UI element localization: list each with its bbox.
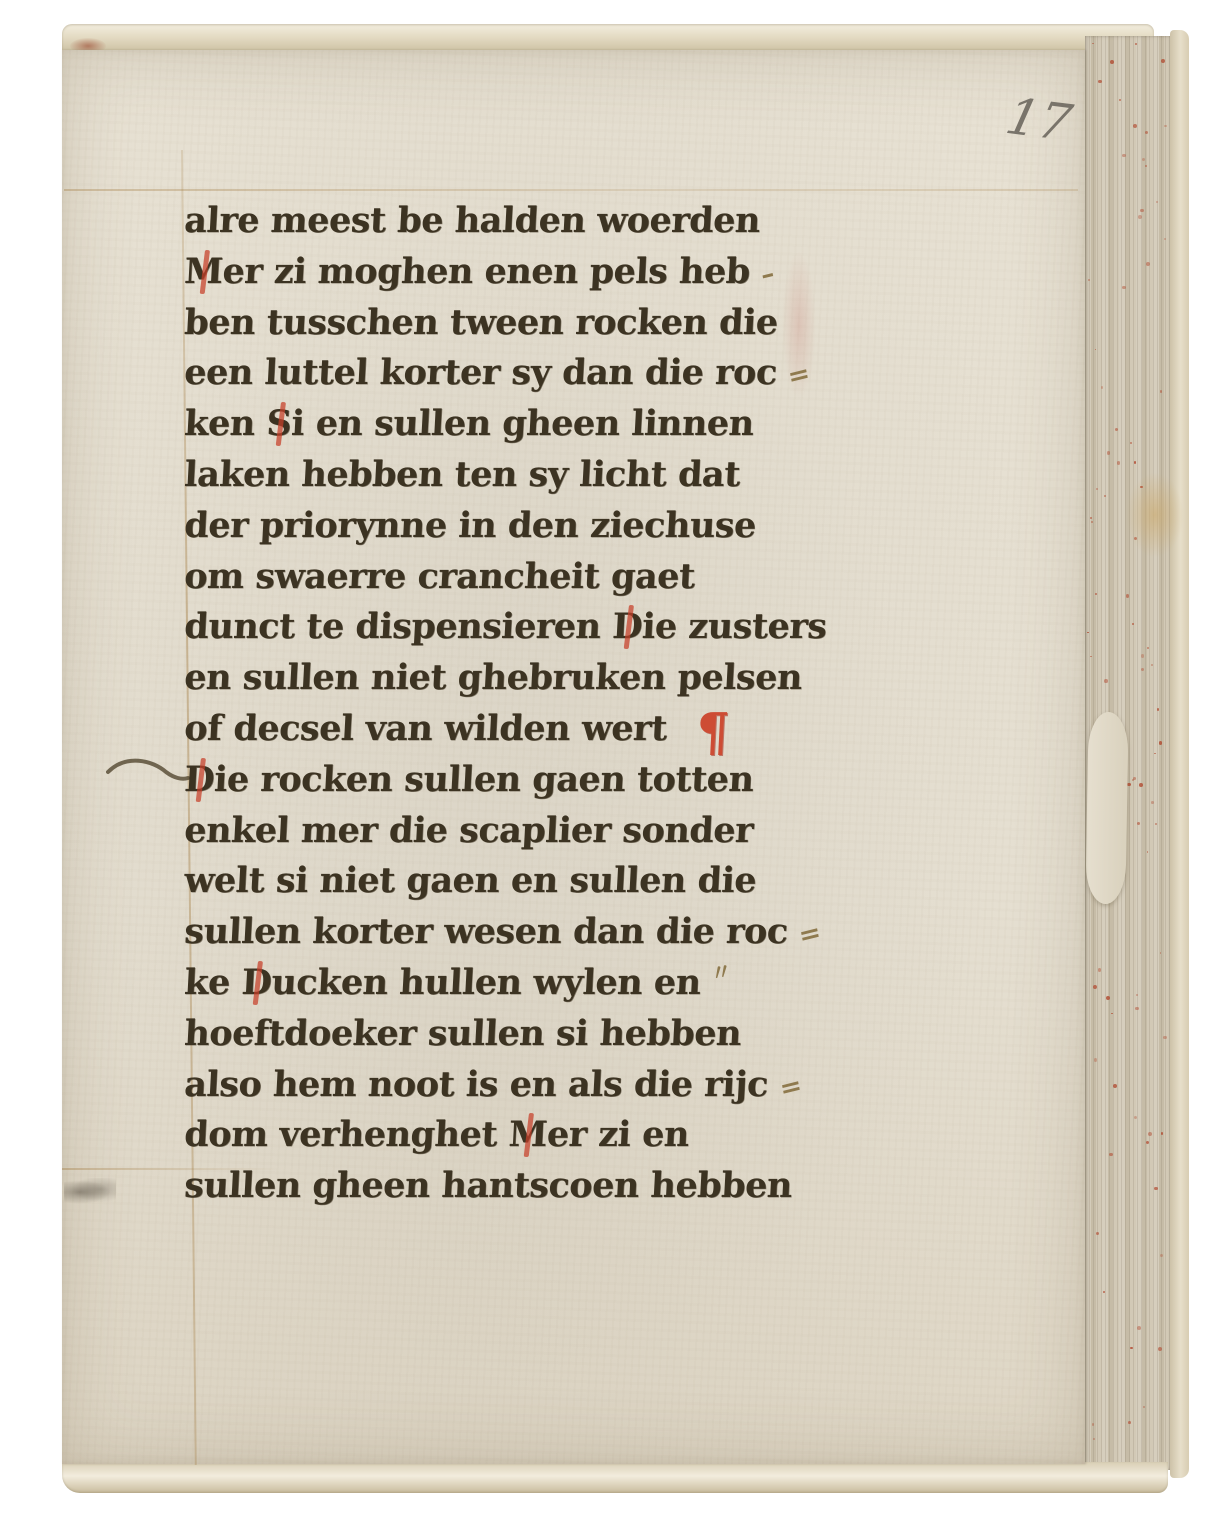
manuscript-line: en sullen niet ghebruken pelsen (183, 653, 976, 704)
book-right-cover-edge (1170, 30, 1189, 1478)
ink-text: der priorynne in den ziechuse (183, 505, 757, 546)
ink-text: of decsel van wilden wert (183, 708, 679, 749)
line-end-hyphen: = (775, 1061, 803, 1115)
margin-flourish (106, 750, 190, 790)
red-touched-initial: M (507, 1110, 548, 1161)
manuscript-line: sullen gheen hantscoen hebben (183, 1161, 976, 1212)
red-touched-initial: S (265, 399, 292, 450)
manuscript-line: een luttel korter sy dan die roc= (183, 348, 976, 399)
line-end-hyphen: = (795, 909, 823, 963)
ink-text: enkel mer die scaplier sonder (183, 810, 754, 851)
ink-text: i en sullen gheen linnen (290, 403, 754, 444)
line-end-hyphen: – (757, 249, 777, 301)
pilcrow-mark: ¶ (695, 702, 731, 763)
manuscript-line: laken hebben ten sy licht dat (183, 450, 976, 501)
ink-text: sullen gheen hantscoen hebben (183, 1165, 793, 1206)
manuscript-photo: 17 alre meest be halden woerdenMer zi mo… (0, 0, 1219, 1526)
red-touched-initial: D (183, 755, 216, 806)
ink-text: er zi moghen enen pels heb (222, 251, 751, 292)
manuscript-line: of decsel van wilden wert ¶ (183, 704, 976, 755)
ink-text: ie zusters (641, 606, 828, 647)
manuscript-line: ben tusschen tween rocken die (183, 298, 976, 349)
ink-text: also hem noot is en als die rijc (183, 1064, 769, 1105)
line-end-hyphen: = (784, 350, 812, 404)
manuscript-line: Mer zi moghen enen pels heb– (183, 247, 976, 298)
ink-text: ie rocken sullen gaen totten (213, 759, 754, 800)
manuscript-line: dunct te dispensieren Die zusters (183, 602, 976, 653)
red-touched-initial: M (183, 247, 224, 298)
ink-text: dunct te dispensieren (183, 606, 613, 647)
ink-text: dom verhenghet (183, 1114, 509, 1155)
book-bottom-cover-edge (62, 1462, 1168, 1493)
manuscript-line: hoeftdoeker sullen si hebben (183, 1009, 976, 1060)
manuscript-line: sullen korter wesen dan die roc= (183, 907, 976, 958)
manuscript-line: alre meest be halden woerden (183, 196, 976, 247)
ink-text: welt si niet gaen en sullen die (183, 860, 757, 901)
manuscript-line: ke Ducken hullen wylen en〃 (183, 958, 976, 1009)
ink-text: alre meest be halden woerden (183, 200, 761, 241)
text-lines: alre meest be halden woerdenMer zi moghe… (183, 196, 973, 1212)
margin-smudge (64, 1178, 116, 1206)
parchment-tab (1085, 712, 1128, 905)
manuscript-line: Die rocken sullen gaen totten (183, 755, 976, 806)
ink-text: een luttel korter sy dan die roc (183, 352, 778, 393)
ink-text: sullen korter wesen dan die roc (183, 911, 788, 952)
manuscript-line: der priorynne in den ziechuse (183, 501, 976, 552)
ink-text: laken hebben ten sy licht dat (183, 454, 741, 495)
manuscript-line: dom verhenghet Mer zi en (183, 1110, 976, 1161)
ruling-line-top (64, 189, 1078, 191)
ink-text: ke (183, 962, 242, 1003)
edge-stain (1126, 472, 1184, 558)
ink-text: hoeftdoeker sullen si hebben (183, 1013, 742, 1054)
red-touched-initial: D (611, 602, 644, 653)
ink-text: om swaerre crancheit gaet (183, 556, 695, 597)
manuscript-line: om swaerre crancheit gaet (183, 552, 976, 603)
folio-number: 17 (998, 86, 1083, 163)
red-touched-initial: D (240, 958, 273, 1009)
manuscript-line: welt si niet gaen en sullen die (183, 856, 976, 907)
ink-text: en sullen niet ghebruken pelsen (183, 657, 803, 698)
ink-text: ucken hullen wylen en (270, 962, 701, 1003)
manuscript-line: also hem noot is en als die rijc= (183, 1060, 976, 1111)
ink-text: ken (183, 403, 267, 444)
manuscript-page: 17 alre meest be halden woerdenMer zi mo… (62, 50, 1085, 1464)
ink-text: er zi en (546, 1114, 690, 1155)
manuscript-line: ken Si en sullen gheen linnen (183, 399, 976, 450)
manuscript-line: enkel mer die scaplier sonder (183, 806, 976, 857)
ink-text: ben tusschen tween rocken die (183, 302, 778, 343)
